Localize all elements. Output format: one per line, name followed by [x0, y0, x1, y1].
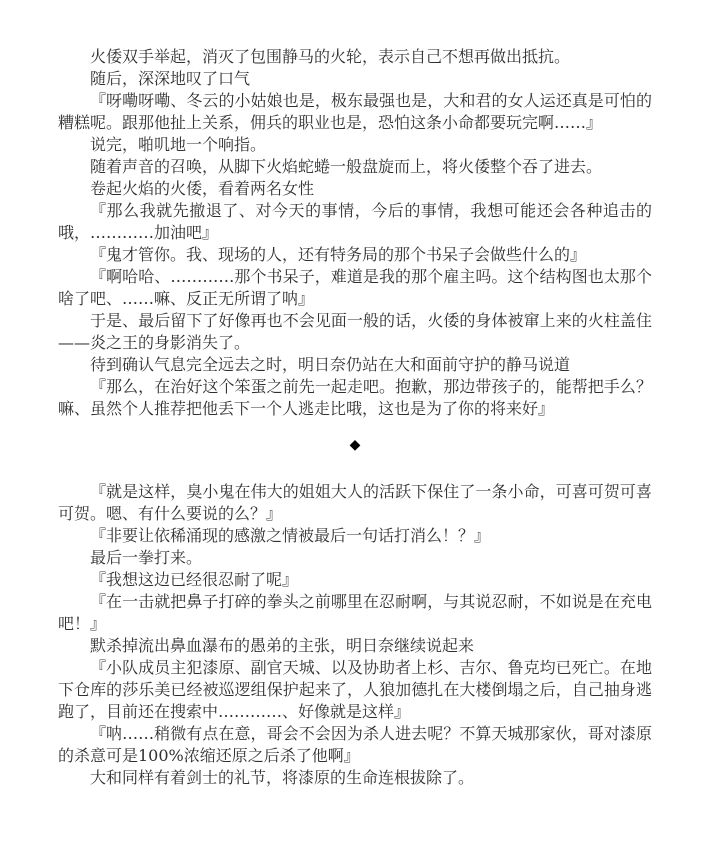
page-content: 火倭双手举起，消灭了包围静马的火轮，表示自己不想再做出抵抗。 随后，深深地叹了口… [58, 46, 652, 789]
paragraph: 『鬼才管你。我、现场的人，还有特务局的那个书呆子会做些什么的』 [58, 244, 652, 266]
novel-text-page: 火倭双手举起，消灭了包围静马的火轮，表示自己不想再做出抵抗。 随后，深深地叹了口… [0, 0, 708, 850]
paragraph: 『非要让依稀涌现的感激之情被最后一句话打消么！？』 [58, 525, 652, 547]
paragraph: 『那么我就先撤退了、对今天的事情，今后的事情，我想可能还会各种追击的哦，…………… [58, 200, 652, 244]
paragraph: 卷起火焰的火倭，看着两名女性 [58, 178, 652, 200]
paragraph: 随着声音的召唤，从脚下火焰蛇蜷一般盘旋而上，将火倭整个吞了进去。 [58, 156, 652, 178]
paragraph: 『小队成员主犯漆原、副官天城、以及协助者上杉、吉尔、鲁克均已死亡。在地下仓库的莎… [58, 657, 652, 723]
paragraph: 『就是这样，臭小鬼在伟大的姐姐大人的活跃下保住了一条小命，可喜可贺可喜可贺。嗯、… [58, 481, 652, 525]
paragraph: 说完，啪叽地一个响指。 [58, 134, 652, 156]
paragraph: 『那么，在治好这个笨蛋之前先一起走吧。抱歉，那边带孩子的，能帮把手么？嘛、虽然个… [58, 376, 652, 420]
paragraph: 『我想这边已经很忍耐了呢』 [58, 569, 652, 591]
paragraph: 于是、最后留下了好像再也不会见面一般的话，火倭的身体被窜上来的火柱盖住——炎之王… [58, 310, 652, 354]
paragraph: 待到确认气息完全远去之时，明日奈仍站在大和面前守护的静马说道 [58, 354, 652, 376]
paragraph: 『在一击就把鼻子打碎的拳头之前哪里在忍耐啊，与其说忍耐，不如说是在充电吧！』 [58, 591, 652, 635]
paragraph: 最后一拳打来。 [58, 547, 652, 569]
paragraph: 火倭双手举起，消灭了包围静马的火轮，表示自己不想再做出抵抗。 [58, 46, 652, 68]
paragraph: 大和同样有着剑士的礼节，将漆原的生命连根拔除了。 [58, 767, 652, 789]
section-separator-diamond-icon: ◆ [58, 434, 652, 456]
paragraph: 随后，深深地叹了口气 [58, 68, 652, 90]
paragraph: 『呀嘞呀嘞、冬云的小姑娘也是，极东最强也是，大和君的女人运还真是可怕的糟糕呢。跟… [58, 90, 652, 134]
paragraph: 『呐……稍微有点在意，哥会不会因为杀人进去呢？不算天城那家伙，哥对漆原的杀意可是… [58, 723, 652, 767]
paragraph: 『啊哈哈、…………那个书呆子，难道是我的那个雇主吗。这个结构图也太那个啥了吧、…… [58, 266, 652, 310]
paragraph: 默杀掉流出鼻血瀑布的愚弟的主张，明日奈继续说起来 [58, 635, 652, 657]
